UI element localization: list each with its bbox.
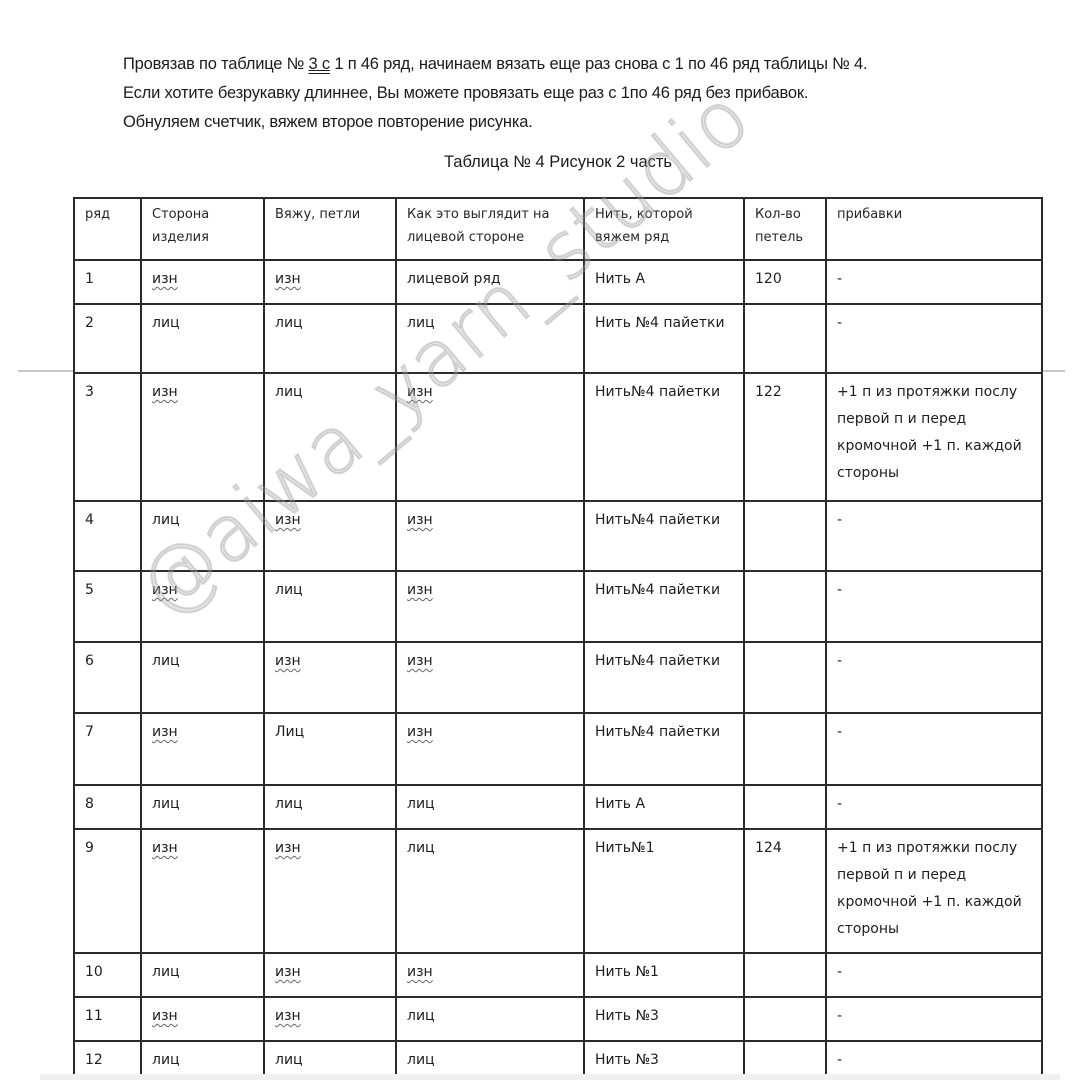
cell-increases-text: -: [837, 964, 842, 980]
cell-increases: -: [826, 260, 1042, 304]
table-row: 6лицизнизнНить№4 пайетки-: [74, 642, 1042, 713]
cell-side: изн: [141, 829, 264, 953]
cell-row-number-text: 7: [85, 724, 94, 740]
cell-yarn: Нить №3: [584, 997, 744, 1041]
cell-stitch-count: 120: [744, 260, 826, 304]
cell-increases: -: [826, 785, 1042, 829]
cell-row-number: 10: [74, 953, 141, 997]
cell-increases-text: -: [837, 512, 842, 528]
cell-right-side-look-text: лиц: [407, 796, 435, 812]
cell-increases-text: -: [837, 271, 842, 287]
table-row: 10лицизнизнНить №1-: [74, 953, 1042, 997]
cell-right-side-look: лицевой ряд: [396, 260, 584, 304]
cell-knit-stitches-text: изн: [275, 653, 301, 669]
cell-increases: +1 п из протяжки послу первой п и перед …: [826, 373, 1042, 501]
cell-right-side-look-text: лиц: [407, 840, 435, 856]
cell-knit-stitches: лиц: [264, 373, 396, 501]
cell-right-side-look-text: изн: [407, 653, 433, 669]
cell-yarn: Нить№4 пайетки: [584, 373, 744, 501]
table-row: 2лицлицлицНить №4 пайетки-: [74, 304, 1042, 373]
cell-row-number: 3: [74, 373, 141, 501]
cell-row-number: 4: [74, 501, 141, 571]
cell-yarn: Нить А: [584, 785, 744, 829]
cell-stitch-count-text: 120: [755, 271, 782, 287]
cell-increases-text: -: [837, 582, 842, 598]
cell-stitch-count: [744, 501, 826, 571]
header-row-number: ряд: [74, 198, 141, 260]
cell-side-text: лиц: [152, 964, 180, 980]
cell-knit-stitches: изн: [264, 260, 396, 304]
cell-yarn: Нить №1: [584, 953, 744, 997]
table-row: 7изнЛицизнНить№4 пайетки-: [74, 713, 1042, 785]
cell-side: изн: [141, 260, 264, 304]
cell-knit-stitches: Лиц: [264, 713, 396, 785]
cell-right-side-look-text: лиц: [407, 1052, 435, 1068]
cell-knit-stitches-text: лиц: [275, 582, 303, 598]
cell-increases: -: [826, 304, 1042, 373]
cell-yarn-text: Нить№1: [595, 840, 655, 856]
cell-row-number: 11: [74, 997, 141, 1041]
cell-right-side-look: лиц: [396, 785, 584, 829]
cell-stitch-count-text: 122: [755, 384, 782, 400]
header-increases: прибавки: [826, 198, 1042, 260]
cell-right-side-look-text: лицевой ряд: [407, 271, 501, 287]
cell-increases-text: -: [837, 1052, 842, 1068]
cell-knit-stitches-text: лиц: [275, 384, 303, 400]
page-divider-right: [1041, 370, 1065, 372]
cell-side-text: лиц: [152, 512, 180, 528]
cell-yarn-text: Нить№4 пайетки: [595, 582, 720, 598]
table-row: 1изнизнлицевой рядНить А120-: [74, 260, 1042, 304]
cell-increases: -: [826, 571, 1042, 642]
cell-right-side-look-text: изн: [407, 512, 433, 528]
cell-row-number-text: 8: [85, 796, 94, 812]
cell-side-text: лиц: [152, 1052, 180, 1068]
intro-line-3: Обнуляем счетчик, вяжем второе повторени…: [123, 108, 1063, 137]
cell-right-side-look-text: изн: [407, 582, 433, 598]
cell-side-text: изн: [152, 582, 178, 598]
cell-yarn: Нить№1: [584, 829, 744, 953]
cell-yarn: Нить А: [584, 260, 744, 304]
cell-knit-stitches-text: изн: [275, 512, 301, 528]
table-row: 3изнлицизнНить№4 пайетки122+1 п из протя…: [74, 373, 1042, 501]
cell-side-text: лиц: [152, 653, 180, 669]
cell-increases: -: [826, 501, 1042, 571]
cell-knit-stitches: изн: [264, 829, 396, 953]
cell-row-number-text: 3: [85, 384, 94, 400]
table-reference-underlined: 3 с: [309, 55, 330, 73]
cell-right-side-look: лиц: [396, 304, 584, 373]
cell-row-number-text: 6: [85, 653, 94, 669]
cell-knit-stitches-text: лиц: [275, 796, 303, 812]
cell-yarn-text: Нить№4 пайетки: [595, 724, 720, 740]
cell-knit-stitches: изн: [264, 501, 396, 571]
cell-increases-text: +1 п из протяжки послу первой п и перед …: [837, 384, 1022, 481]
cell-knit-stitches-text: лиц: [275, 1052, 303, 1068]
cell-row-number-text: 12: [85, 1052, 103, 1068]
cell-yarn-text: Нить№4 пайетки: [595, 384, 720, 400]
cell-row-number: 7: [74, 713, 141, 785]
intro-line-1: Провязав по таблице № 3 с 1 п 46 ряд, на…: [123, 50, 1063, 79]
cell-knit-stitches: лиц: [264, 304, 396, 373]
cell-increases: +1 п из протяжки послу первой п и перед …: [826, 829, 1042, 953]
cell-row-number: 6: [74, 642, 141, 713]
cell-increases-text: -: [837, 1008, 842, 1024]
cell-knit-stitches: изн: [264, 642, 396, 713]
cell-yarn: Нить№4 пайетки: [584, 501, 744, 571]
cell-stitch-count: 122: [744, 373, 826, 501]
cell-right-side-look: изн: [396, 642, 584, 713]
header-side: Сторона изделия: [141, 198, 264, 260]
table-header-row: ряд Сторона изделия Вяжу, петли Как это …: [74, 198, 1042, 260]
page-bottom-edge: [40, 1074, 1060, 1080]
cell-yarn-text: Нить А: [595, 796, 645, 812]
cell-row-number-text: 9: [85, 840, 94, 856]
table-row: 9изнизнлицНить№1124+1 п из протяжки посл…: [74, 829, 1042, 953]
cell-right-side-look-text: лиц: [407, 1008, 435, 1024]
header-yarn: Нить, которой вяжем ряд: [584, 198, 744, 260]
cell-stitch-count: [744, 571, 826, 642]
cell-row-number: 1: [74, 260, 141, 304]
cell-row-number-text: 4: [85, 512, 94, 528]
cell-stitch-count-text: 124: [755, 840, 782, 856]
cell-right-side-look: изн: [396, 953, 584, 997]
cell-side: изн: [141, 571, 264, 642]
table-row: 5изнлицизнНить№4 пайетки-: [74, 571, 1042, 642]
header-knit-stitches: Вяжу, петли: [264, 198, 396, 260]
cell-right-side-look: изн: [396, 571, 584, 642]
cell-side-text: изн: [152, 724, 178, 740]
cell-yarn-text: Нить №3: [595, 1008, 659, 1024]
cell-increases-text: -: [837, 724, 842, 740]
cell-increases-text: -: [837, 315, 842, 331]
cell-right-side-look: изн: [396, 373, 584, 501]
table-title: Таблица № 4 Рисунок 2 часть: [0, 153, 1080, 172]
cell-increases: -: [826, 997, 1042, 1041]
cell-stitch-count: [744, 997, 826, 1041]
cell-row-number: 2: [74, 304, 141, 373]
page-divider-left: [18, 370, 74, 372]
intro-text: Провязав по таблице № 3 с 1 п 46 ряд, на…: [123, 50, 1063, 137]
cell-row-number-text: 1: [85, 271, 94, 287]
cell-stitch-count: [744, 304, 826, 373]
cell-row-number: 5: [74, 571, 141, 642]
cell-side-text: лиц: [152, 796, 180, 812]
cell-side: изн: [141, 373, 264, 501]
cell-side: лиц: [141, 953, 264, 997]
cell-right-side-look-text: изн: [407, 384, 433, 400]
cell-stitch-count: [744, 785, 826, 829]
cell-side-text: изн: [152, 384, 178, 400]
cell-yarn-text: Нить №4 пайетки: [595, 315, 725, 331]
cell-side: изн: [141, 997, 264, 1041]
cell-increases-text: +1 п из протяжки послу первой п и перед …: [837, 840, 1022, 937]
cell-side: лиц: [141, 785, 264, 829]
cell-right-side-look: лиц: [396, 829, 584, 953]
cell-side-text: изн: [152, 271, 178, 287]
cell-row-number-text: 2: [85, 315, 94, 331]
cell-yarn-text: Нить№4 пайетки: [595, 653, 720, 669]
intro-line-2: Если хотите безрукавку длиннее, Вы может…: [123, 79, 1063, 108]
cell-side: лиц: [141, 642, 264, 713]
cell-increases-text: -: [837, 653, 842, 669]
cell-side-text: изн: [152, 1008, 178, 1024]
cell-knit-stitches-text: Лиц: [275, 724, 304, 740]
cell-yarn-text: Нить А: [595, 271, 645, 287]
cell-right-side-look: лиц: [396, 997, 584, 1041]
table-row: 4лицизнизнНить№4 пайетки-: [74, 501, 1042, 571]
cell-right-side-look: изн: [396, 501, 584, 571]
table-row: 11изнизнлицНить №3-: [74, 997, 1042, 1041]
cell-yarn: Нить№4 пайетки: [584, 713, 744, 785]
cell-yarn: Нить№4 пайетки: [584, 642, 744, 713]
cell-row-number: 9: [74, 829, 141, 953]
cell-knit-stitches: лиц: [264, 785, 396, 829]
cell-knit-stitches-text: изн: [275, 840, 301, 856]
cell-knit-stitches: изн: [264, 997, 396, 1041]
cell-yarn-text: Нить №3: [595, 1052, 659, 1068]
cell-right-side-look-text: изн: [407, 964, 433, 980]
cell-knit-stitches-text: изн: [275, 964, 301, 980]
cell-side: лиц: [141, 304, 264, 373]
cell-knit-stitches-text: изн: [275, 271, 301, 287]
cell-right-side-look-text: лиц: [407, 315, 435, 331]
cell-row-number: 8: [74, 785, 141, 829]
cell-knit-stitches: изн: [264, 953, 396, 997]
cell-yarn: Нить №4 пайетки: [584, 304, 744, 373]
cell-stitch-count: [744, 953, 826, 997]
knitting-pattern-table: ряд Сторона изделия Вяжу, петли Как это …: [73, 197, 1043, 1080]
cell-knit-stitches: лиц: [264, 571, 396, 642]
cell-row-number-text: 11: [85, 1008, 103, 1024]
cell-row-number-text: 5: [85, 582, 94, 598]
cell-right-side-look: изн: [396, 713, 584, 785]
cell-side: изн: [141, 713, 264, 785]
cell-knit-stitches-text: лиц: [275, 315, 303, 331]
cell-increases: -: [826, 953, 1042, 997]
cell-increases: -: [826, 713, 1042, 785]
cell-stitch-count: [744, 642, 826, 713]
cell-increases-text: -: [837, 796, 842, 812]
cell-stitch-count: [744, 713, 826, 785]
cell-knit-stitches-text: изн: [275, 1008, 301, 1024]
header-right-side-look: Как это выглядит на лицевой стороне: [396, 198, 584, 260]
cell-yarn-text: Нить№4 пайетки: [595, 512, 720, 528]
cell-row-number-text: 10: [85, 964, 103, 980]
cell-yarn: Нить№4 пайетки: [584, 571, 744, 642]
cell-side-text: изн: [152, 840, 178, 856]
header-stitch-count: Кол-во петель: [744, 198, 826, 260]
cell-side: лиц: [141, 501, 264, 571]
cell-right-side-look-text: изн: [407, 724, 433, 740]
cell-yarn-text: Нить №1: [595, 964, 659, 980]
cell-stitch-count: 124: [744, 829, 826, 953]
table-row: 8лицлицлицНить А-: [74, 785, 1042, 829]
cell-side-text: лиц: [152, 315, 180, 331]
cell-increases: -: [826, 642, 1042, 713]
